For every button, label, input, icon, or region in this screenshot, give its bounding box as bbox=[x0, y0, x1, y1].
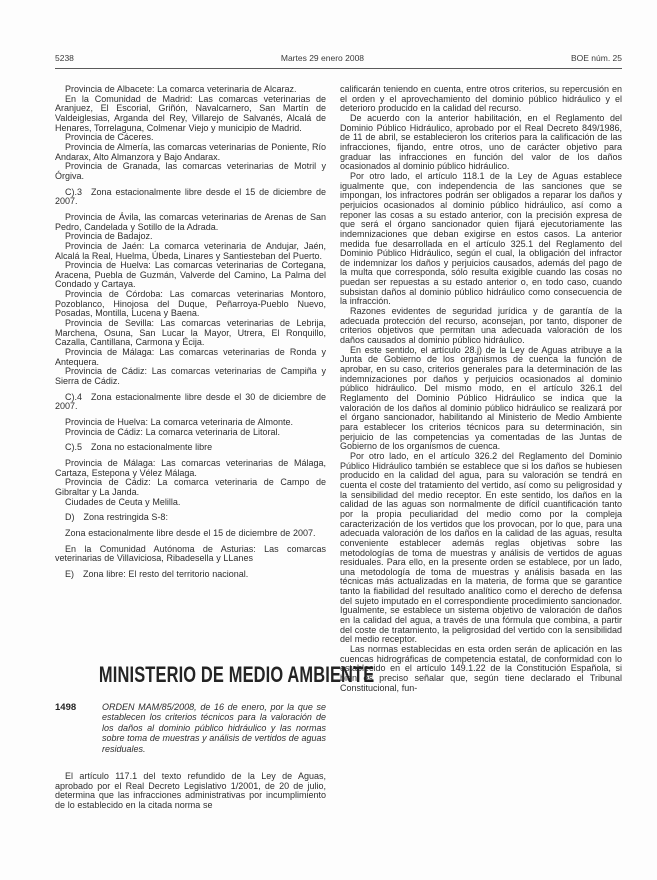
paragraph: Provincia de Cádiz: Las comarcas veterin… bbox=[55, 367, 326, 386]
paragraph: Provincia de Jaén: La comarca veterinari… bbox=[55, 242, 326, 261]
header-issue: BOE núm. 25 bbox=[571, 53, 622, 63]
paragraph: Provincia de Córdoba: Las comarcas veter… bbox=[55, 290, 326, 319]
paragraph: Provincia de Huelva: Las comarcas veteri… bbox=[55, 261, 326, 290]
paragraph: Por otro lado, el artículo 118.1 de la L… bbox=[340, 172, 622, 307]
list-marker: C).4 bbox=[65, 392, 82, 402]
left-column: Provincia de Albacete: La comarca veteri… bbox=[55, 85, 326, 580]
order-block: 1498 ORDEN MAM/85/2008, de 16 de enero, … bbox=[55, 702, 326, 754]
zone-item-paragraph: E)Zona libre: El resto del territorio na… bbox=[55, 570, 326, 580]
paragraph: En la Comunidad de Madrid: Las comarcas … bbox=[55, 95, 326, 134]
right-column: calificarán teniendo en cuenta, entre ot… bbox=[340, 85, 622, 693]
list-marker: C).3 bbox=[65, 187, 82, 197]
list-marker: C).5 bbox=[65, 442, 82, 452]
page-header: 5238 Martes 29 enero 2008 BOE núm. 25 bbox=[55, 53, 622, 69]
paragraph: Provincia de Cádiz: La comarca veterinar… bbox=[55, 428, 326, 438]
paragraph: De acuerdo con la anterior habilitación,… bbox=[340, 114, 622, 172]
order-intro-paragraph: El artículo 117.1 del texto refundido de… bbox=[55, 772, 326, 811]
paragraph: Provincia de Almería, las comarcas veter… bbox=[55, 143, 326, 162]
paragraph: Provincia de Sevilla: Las comarcas veter… bbox=[55, 319, 326, 348]
order-number: 1498 bbox=[55, 702, 102, 754]
paragraph: En este sentido, el artículo 28.j) de la… bbox=[340, 346, 622, 452]
ministry-heading-text: MINISTERIO DE MEDIO AMBIENTE bbox=[99, 662, 374, 688]
paragraph: Las normas establecidas en esta orden se… bbox=[340, 645, 622, 693]
paragraph: En la Comunidad Autónoma de Asturias: La… bbox=[55, 545, 326, 564]
zone-item-paragraph: C).4Zona estacionalmente libre desde el … bbox=[55, 393, 326, 412]
paragraph: Por otro lado, en el artículo 326.2 del … bbox=[340, 452, 622, 645]
paragraph: calificarán teniendo en cuenta, entre ot… bbox=[340, 85, 622, 114]
zone-item-paragraph: C).3Zona estacionalmente libre desde el … bbox=[55, 188, 326, 207]
list-marker: E) bbox=[65, 569, 74, 579]
paragraph: Provincia de Ávila, las comarcas veterin… bbox=[55, 213, 326, 232]
paragraph: Ciudades de Ceuta y Melilla. bbox=[55, 498, 326, 508]
zone-item-paragraph: C).5Zona no estacionalmente libre bbox=[55, 443, 326, 453]
paragraph: Provincia de Málaga: Las comarcas veteri… bbox=[55, 459, 326, 478]
paragraph: Provincia de Málaga: Las comarcas veteri… bbox=[55, 348, 326, 367]
zone-item-paragraph: D)Zona restringida S-8: bbox=[55, 513, 326, 523]
header-date: Martes 29 enero 2008 bbox=[281, 53, 364, 63]
paragraph: Razones evidentes de seguridad jurídica … bbox=[340, 307, 622, 346]
page-number: 5238 bbox=[55, 53, 74, 63]
paragraph: Provincia de Cádiz: La comarca veterinar… bbox=[55, 478, 326, 497]
paragraph: Provincia de Granada, las comarcas veter… bbox=[55, 162, 326, 181]
paragraph: Zona estacionalmente libre desde el 15 d… bbox=[55, 529, 326, 539]
list-marker: D) bbox=[65, 512, 75, 522]
ministry-heading: MINISTERIO DE MEDIO AMBIENTE bbox=[48, 662, 333, 688]
order-title: ORDEN MAM/85/2008, de 16 de enero, por l… bbox=[102, 702, 326, 754]
